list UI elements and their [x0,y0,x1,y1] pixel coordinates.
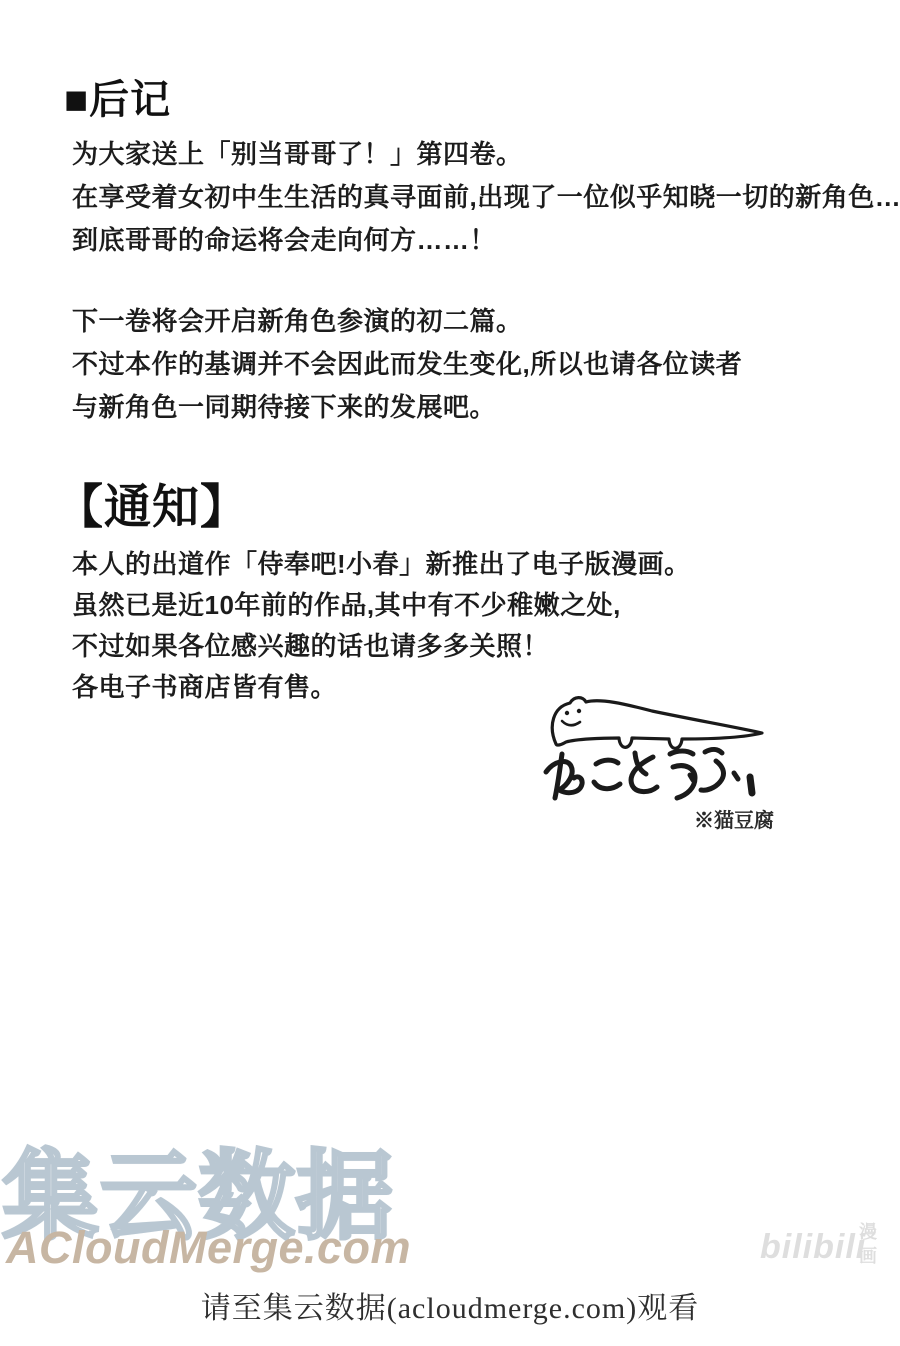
afterword-paragraph-2: 下一卷将会开启新角色参演的初二篇。 不过本作的基调并不会因此而发生变化,所以也请… [72,300,742,429]
notice-paragraph: 本人的出道作「侍奉吧!小春」新推出了电子版漫画。 虽然已是近10年前的作品,其中… [72,544,691,708]
text-line: 不过本作的基调并不会因此而发生变化,所以也请各位读者 [72,343,742,386]
text-line: 本人的出道作「侍奉吧!小春」新推出了电子版漫画。 [72,544,691,585]
text-line: 下一卷将会开启新角色参演的初二篇。 [72,300,742,343]
afterword-heading: ■后记 [64,68,171,125]
watermark-site-url: ACloudMerge.com [6,1222,411,1274]
text-line: 为大家送上「别当哥哥了！」第四卷。 [72,133,900,176]
text-line: 到底哥哥的命运将会走向何方……！ [72,219,900,262]
signature-caption: ※猫豆腐 [694,804,774,833]
nekotoufu-signature-drawing [540,694,780,806]
creature-smile [562,721,580,725]
manga-afterword-page: ■后记 为大家送上「别当哥哥了！」第四卷。 在享受着女初中生生活的真寻面前,出现… [0,0,900,1346]
afterword-paragraph-1: 为大家送上「别当哥哥了！」第四卷。 在享受着女初中生生活的真寻面前,出现了一位似… [72,133,900,262]
creature-eye [577,709,581,713]
text-line: 虽然已是近10年前的作品,其中有不少稚嫩之处, [72,585,691,626]
creature-eye [565,711,569,715]
bilibili-logo: bilibili [760,1228,866,1267]
bilibili-manga-label: 漫画 [854,1222,880,1270]
text-line: 与新角色一同期待接下来的发展吧。 [72,386,742,429]
artist-signature [540,694,780,806]
text-line: 不过如果各位感兴趣的话也请多多关照！ [72,626,691,667]
text-line: 在享受着女初中生生活的真寻面前,出现了一位似乎知晓一切的新角色……？ [72,176,900,219]
footer-notice: 请至集云数据(acloudmerge.com)观看 [0,1283,900,1327]
notice-heading: 【通知】 [56,470,248,537]
